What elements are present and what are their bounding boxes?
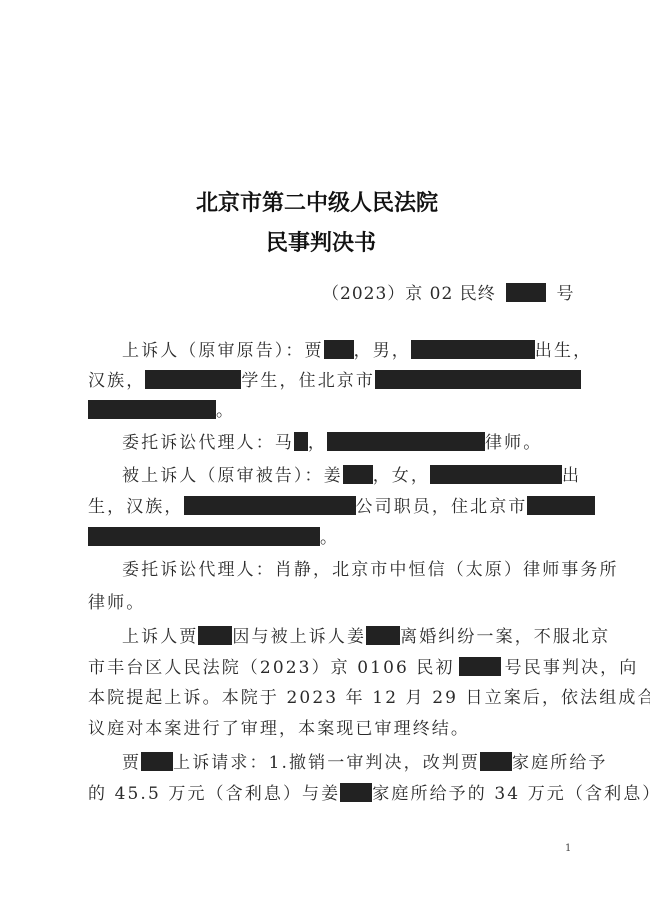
text-segment: 学生，住北京市 [241,371,375,391]
text-segment: 委托诉讼代理人：肖静，北京市中恒信（太原）律师事务所 [122,560,619,580]
redaction-block [506,283,546,302]
text-segment: 委托诉讼代理人：马 [122,433,294,453]
text-segment: 号民事判决，向 [505,658,639,678]
text-segment: 汉族， [88,371,145,391]
text-segment: 。 [320,528,339,548]
page-number: 1 [565,843,571,854]
text-segment: ，男， [354,341,411,361]
text-segment: 市丰台区人民法院（2023）京 0106 民初 [88,658,455,678]
redaction-block [324,340,354,359]
appeal-request-line-2: 的 45.5 万元（含利息）与姜家庭所给予的 34 万元（含利息） [88,783,650,804]
redaction-block [184,496,356,515]
text-segment: ， [308,433,327,453]
text-segment: 议庭对本案进行了审理，本案现已审理终结。 [88,719,470,739]
text-segment: 生，汉族， [88,497,184,517]
appellee-agent-line-2: 律师。 [88,593,145,613]
text-segment: 上诉人贾 [122,627,198,647]
redaction-block [343,465,373,484]
text-segment: 上诉人（原审原告）：贾 [122,341,324,361]
text-segment: ，女， [373,466,430,486]
redaction-block [527,496,595,515]
text-segment: 家庭所给予的 34 万元（含利息） [372,784,650,804]
appeal-request-line-1: 贾上诉请求：1.撤销一审判决，改判贾家庭所给予 [122,752,608,773]
text-segment: 家庭所给予 [512,753,608,773]
redaction-block [88,527,320,546]
case-summary-line-4: 议庭对本案进行了审理，本案现已审理终结。 [88,719,470,739]
case-summary-line-2: 市丰台区人民法院（2023）京 0106 民初号民事判决，向 [88,657,638,678]
appellant-agent-line: 委托诉讼代理人：马，律师。 [122,432,542,453]
redaction-block [411,340,535,359]
text-segment: 本院提起上诉。本院于 2023 年 12 月 29 日立案后，依法组成合 [88,688,650,708]
text-segment: 上诉请求：1.撤销一审判决，改判贾 [173,753,480,773]
appellee-agent-line-1: 委托诉讼代理人：肖静，北京市中恒信（太原）律师事务所 [122,560,619,580]
redaction-block [294,432,308,451]
appellant-line-3: 。 [88,400,235,421]
text-segment: 律师。 [88,593,145,613]
redaction-block [459,657,501,676]
text-segment: 贾 [122,753,141,773]
redaction-block [375,370,581,389]
text-segment: 出生， [535,341,592,361]
text-segment: 离婚纠纷一案，不服北京 [400,627,610,647]
text-segment: 被上诉人（原审被告）：姜 [122,466,343,486]
case-number-prefix: （2023）京 02 民终 [322,284,496,304]
text-segment: 律师。 [485,433,542,453]
appellant-line-2: 汉族，学生，住北京市 [88,370,581,391]
text-segment: 。 [216,401,235,421]
case-summary-line-3: 本院提起上诉。本院于 2023 年 12 月 29 日立案后，依法组成合 [88,688,650,708]
document-type-title: 民事判决书 [266,226,376,257]
court-name: 北京市第二中级人民法院 [196,186,438,217]
redaction-block [327,432,485,451]
redaction-block [198,626,232,645]
text-segment: 的 45.5 万元（含利息）与姜 [88,784,340,804]
redaction-block [88,400,216,419]
redaction-block [430,465,562,484]
appellant-line-1: 上诉人（原审原告）：贾，男，出生， [122,340,592,361]
document-page: 北京市第二中级人民法院 民事判决书 （2023）京 02 民终 号 上诉人（原审… [0,0,650,919]
appellee-line-2: 生，汉族，公司职员，住北京市 [88,496,595,517]
text-segment: 公司职员，住北京市 [356,497,528,517]
case-number: （2023）京 02 民终 号 [322,283,575,304]
text-segment: 因与被上诉人姜 [232,627,366,647]
case-number-suffix: 号 [557,284,575,304]
text-segment: 出 [562,466,581,486]
redaction-block [145,370,241,389]
redaction-block [480,752,512,771]
appellee-line-3: 。 [88,527,339,548]
redaction-block [340,783,372,802]
redaction-block [366,626,400,645]
appellee-line-1: 被上诉人（原审被告）：姜，女，出 [122,465,581,486]
redaction-block [141,752,173,771]
case-summary-line-1: 上诉人贾因与被上诉人姜离婚纠纷一案，不服北京 [122,626,610,647]
